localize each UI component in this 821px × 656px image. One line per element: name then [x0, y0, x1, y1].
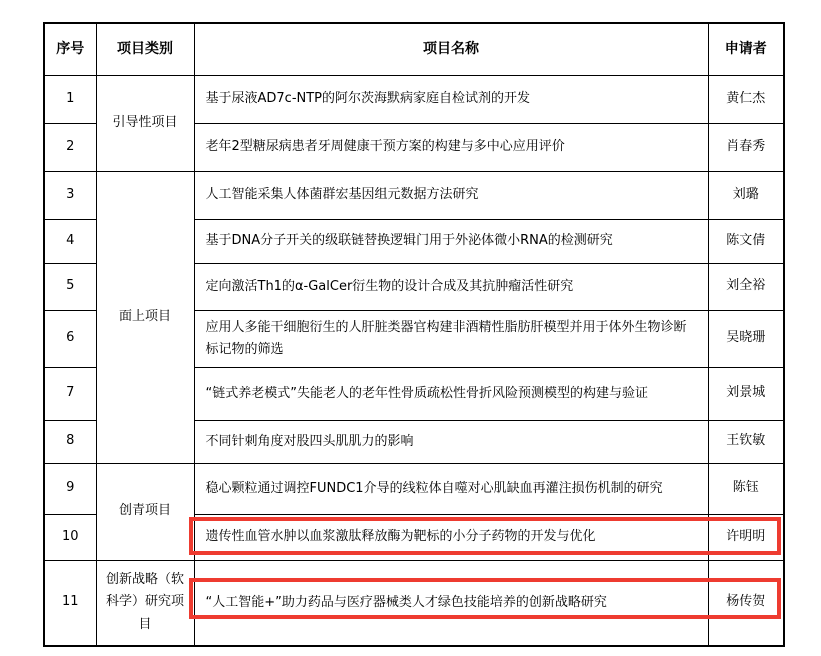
col-header-num: 序号: [44, 23, 96, 75]
col-header-applicant: 申请者: [708, 23, 784, 75]
cell-category-guiding: 引导性项目: [96, 75, 194, 171]
cell-num: 11: [44, 560, 96, 646]
cell-applicant: 刘景城: [708, 367, 784, 420]
cell-applicant: 肖春秀: [708, 123, 784, 171]
cell-applicant: 杨传贺: [708, 560, 784, 646]
cell-applicant: 刘璐: [708, 171, 784, 219]
cell-title: “链式养老模式”失能老人的老年性骨质疏松性骨折风险预测模型的构建与验证: [194, 367, 708, 420]
cell-title: 人工智能采集人体菌群宏基因组元数据方法研究: [194, 171, 708, 219]
cell-num: 10: [44, 514, 96, 560]
cell-category-youth: 创青项目: [96, 463, 194, 560]
cell-applicant: 许明明: [708, 514, 784, 560]
cell-num: 5: [44, 263, 96, 310]
cell-title: 老年2型糖尿病患者牙周健康干预方案的构建与多中心应用评价: [194, 123, 708, 171]
cell-title: 基于DNA分子开关的级联链替换逻辑门用于外泌体微小RNA的检测研究: [194, 219, 708, 263]
cell-applicant: 陈文倩: [708, 219, 784, 263]
table-row-highlighted: 11 创新战略（软科学）研究项目 “人工智能+”助力药品与医疗器械类人才绿色技能…: [44, 560, 784, 646]
cell-num: 2: [44, 123, 96, 171]
cell-num: 4: [44, 219, 96, 263]
cell-applicant: 黄仁杰: [708, 75, 784, 123]
cell-applicant: 吴晓珊: [708, 310, 784, 367]
cell-applicant: 刘全裕: [708, 263, 784, 310]
col-header-category: 项目类别: [96, 23, 194, 75]
cell-applicant: 陈钰: [708, 463, 784, 514]
table-row: 3 面上项目 人工智能采集人体菌群宏基因组元数据方法研究 刘璐: [44, 171, 784, 219]
cell-num: 1: [44, 75, 96, 123]
cell-title: “人工智能+”助力药品与医疗器械类人才绿色技能培养的创新战略研究: [194, 560, 708, 646]
table-row: 1 引导性项目 基于尿液AD7c-NTP的阿尔茨海默病家庭自检试剂的开发 黄仁杰: [44, 75, 784, 123]
cell-title: 遗传性血管水肿以血浆激肽释放酶为靶标的小分子药物的开发与优化: [194, 514, 708, 560]
cell-category-general: 面上项目: [96, 171, 194, 463]
cell-num: 9: [44, 463, 96, 514]
cell-num: 7: [44, 367, 96, 420]
document-page: 序号 项目类别 项目名称 申请者 1 引导性项目 基于尿液AD7c-NTP的阿尔…: [0, 0, 821, 656]
cell-applicant: 王钦敏: [708, 420, 784, 463]
cell-num: 3: [44, 171, 96, 219]
cell-num: 6: [44, 310, 96, 367]
cell-title: 应用人多能干细胞衍生的人肝脏类器官构建非酒精性脂肪肝模型并用于体外生物诊断标记物…: [194, 310, 708, 367]
cell-title: 基于尿液AD7c-NTP的阿尔茨海默病家庭自检试剂的开发: [194, 75, 708, 123]
cell-category-strategy: 创新战略（软科学）研究项目: [96, 560, 194, 646]
project-table: 序号 项目类别 项目名称 申请者 1 引导性项目 基于尿液AD7c-NTP的阿尔…: [43, 22, 785, 647]
table-row: 9 创青项目 稳心颗粒通过调控FUNDC1介导的线粒体自噬对心肌缺血再灌注损伤机…: [44, 463, 784, 514]
cell-title: 稳心颗粒通过调控FUNDC1介导的线粒体自噬对心肌缺血再灌注损伤机制的研究: [194, 463, 708, 514]
col-header-title: 项目名称: [194, 23, 708, 75]
cell-title: 不同针刺角度对股四头肌肌力的影响: [194, 420, 708, 463]
cell-title: 定向激活Th1的α-GalCer衍生物的设计合成及其抗肿瘤活性研究: [194, 263, 708, 310]
cell-num: 8: [44, 420, 96, 463]
header-row: 序号 项目类别 项目名称 申请者: [44, 23, 784, 75]
